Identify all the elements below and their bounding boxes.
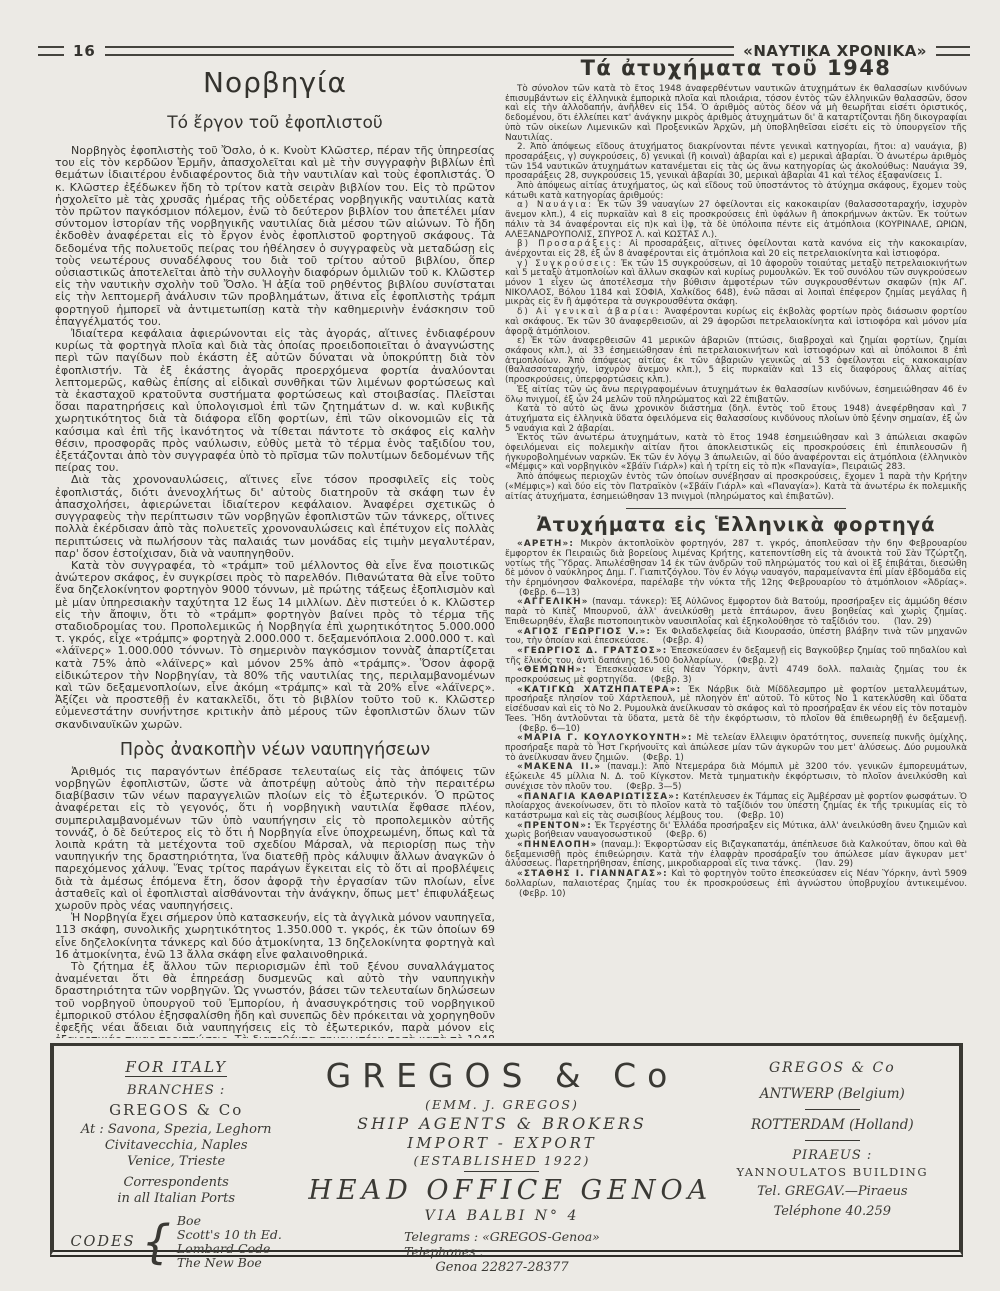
ad-correspondents-line: Correspondents (64, 1175, 288, 1190)
ship-entry: «ΠΗΝΕΛΟΠΗ» (παναμ.): Ἐκφορτῶσαν εἰς Βιζα… (505, 841, 967, 870)
ship-entry: «ΣΤΑΘΗΣ Ι. ΓΙΑΝΝΑΓΑΣ»: Καὶ τὸ φορτηγὸν τ… (505, 870, 967, 899)
ship-entry: «ΠΑΝΑΓΙΑ ΚΑΘΑΡΙΩΤΙΣΣΑ»: Κατέπλευσεν ἐκ Τ… (505, 793, 967, 822)
ad-code-item: Boe (177, 1213, 201, 1228)
accidents-paragraph: Ἀπὸ ἀπόψεως περιοχῶν ἐντὸς τῶν ὁποίων συ… (505, 473, 967, 502)
right-column: Τά ἀτυχήματα τοῦ 1948 Τὸ σύνολον τῶν κατ… (505, 56, 967, 1038)
accidents-paragraph-text: Ἐξ αἰτίας τῶν ὡς ἄνω περιγραφομένων ἀτυχ… (505, 385, 967, 405)
ship-entry: «ΓΕΩΡΓΙΟΣ Δ. ΓΡΑΤΣΟΣ»: Ἐπεσκεύασεν ἐν δε… (505, 647, 967, 666)
accidents-paragraph-text: Ἀπὸ ἀπόψεως περιοχῶν ἐντὸς τῶν ὁποίων συ… (505, 472, 967, 501)
brace-glyph: { (142, 1219, 171, 1265)
ad-established-line: (ESTABLISHED 1922) (308, 1153, 695, 1168)
accidents-paragraph-text: 2. Ἀπὸ ἀπόψεως εἴδους ἀτυχήματος διακρίν… (505, 142, 967, 181)
ad-company-name: GREGOS & Co (716, 1060, 949, 1076)
ad-head-office: HEAD OFFICE GENOA (308, 1175, 695, 1206)
ad-branches-label: BRANCHES : (64, 1083, 288, 1098)
accidents-paragraph: Κατὰ τὸ αὐτὸ ὡς ἄνω χρονικὸν διάστημα (δ… (505, 405, 967, 434)
ad-ports-line: Civitavecchia, Naples (64, 1138, 288, 1153)
ad-code-item: Scott's 10 th Ed. (177, 1227, 282, 1242)
accidents-category: β) Προσαράξεις: Αἱ προσαράξεις, αἵτινες … (505, 240, 967, 259)
ad-offices-column: GREGOS & Co ANTWERP (Belgium) ROTTERDAM … (706, 1046, 959, 1250)
norway-paragraph: Διὰ τὰς χρονοναυλώσεις, αἵτινες εἶνε τόσ… (55, 474, 495, 559)
ship-name: «ΑΓΓΕΛΙΚΗ» (517, 597, 589, 607)
ship-name: «ΘΕΜΩΝΗ»: (517, 665, 587, 675)
ship-note: (παναμ. τάνκερ): (592, 597, 667, 607)
ship-entry: «ΑΡΕΤΗ»: Μικρὸν ἀκτοπλοϊκὸν φορτηγόν, 28… (505, 540, 967, 598)
ad-company-name: GREGOS & Co (64, 1101, 288, 1119)
ad-for-italy: FOR ITALY (125, 1058, 227, 1077)
ship-entry: «ΜΑΚΕΝΑ ΙΙ.» (παναμ.): Ἀπὸ Ντεμεράρα διὰ… (505, 763, 967, 792)
accidents-paragraph: ε) Ἐκ τῶν ἀναφερθεισῶν 41 μερικῶν ἀβαριῶ… (505, 337, 967, 386)
accidents-paragraph-text: Τὸ σύνολον τῶν κατὰ τὸ ἔτος 1948 ἀναφερθ… (505, 84, 967, 143)
ship-entry: «ΠΡΕΝΤΟΝ»: Ἐκ Τεργέστης δι' Ἑλλάδα προσή… (505, 822, 967, 841)
shipbuilding-heading: Πρὸς ἀνακοπὴν νέων ναυπηγήσεων (55, 740, 495, 760)
ship-entry-text: Μικρὸν ἀκτοπλοϊκὸν φορτηγόν, 287 τ. γκρό… (505, 539, 967, 588)
entry-date: (Φεβρ. 6) (652, 830, 707, 840)
accidents-paragraph: 2. Ἀπὸ ἀπόψεως εἴδους ἀτυχήματος διακρίν… (505, 143, 967, 182)
entry-date: (Φεβρ. 3—5) (612, 782, 681, 792)
ad-rotterdam: ROTTERDAM (Holland) (716, 1117, 949, 1133)
gregos-advertisement: FOR ITALY BRANCHES : GREGOS & Co At : Sa… (50, 1043, 963, 1257)
norway-paragraph: Νορβηγὸς ἐφοπλιστὴς τοῦ Ὄσλο, ὁ κ. Κνοὺτ… (55, 145, 495, 328)
ad-piraeus-phone: Teléphone 40.259 (716, 1204, 949, 1219)
ship-entry: «ΘΕΜΩΝΗ»: Ἐπεσκεύασεν εἰς Νέαν Ὑόρκην, ἀ… (505, 666, 967, 685)
category-label: α) Ναυάγια: (517, 200, 593, 210)
ad-codes-block: CODES { Boe Scott's 10 th Ed. Lombard Co… (64, 1214, 288, 1270)
left-column: Νορβηγία Τό ἔργον τοῦ ἐφοπλιστοῦ Νορβηγὸ… (55, 66, 495, 1038)
ad-owner: (EMM. J. GREGOS) (308, 1097, 695, 1112)
ship-name: «ΣΤΑΘΗΣ Ι. ΓΙΑΝΝΑΓΑΣ»: (517, 869, 668, 879)
accidents-paragraph-text: Ἀπὸ ἀπόψεως αἰτίας ἀτυχήματος, ὡς καὶ εἴ… (505, 181, 967, 201)
norway-title: Νορβηγία (55, 66, 495, 99)
ship-entry: «ΑΓΙΟΣ ΓΕΩΡΓΙΟΣ V.»: Ἐκ Φιλαδελφείας διὰ… (505, 628, 967, 647)
ad-codes-label: CODES (70, 1234, 135, 1250)
shipbuilding-paragraph: Τὸ ζήτημα ἐξ ἄλλου τῶν περιορισμῶν ἐπὶ τ… (55, 961, 495, 1038)
ad-italy-column: FOR ITALY BRANCHES : GREGOS & Co At : Sa… (54, 1046, 298, 1250)
ad-address: VIA BALBI N° 4 (308, 1208, 695, 1224)
ad-ports-line: Venice, Trieste (64, 1154, 288, 1169)
accidents-paragraph-text: Κατὰ τὸ αὐτὸ ὡς ἄνω χρονικὸν διάστημα (δ… (505, 404, 967, 433)
ship-name: «ΜΑΚΕΝΑ ΙΙ.» (517, 762, 601, 772)
ship-name: «ΑΡΕΤΗ»: (517, 539, 574, 549)
norway-paragraph: Κατὰ τὸν συγγραφέα, τὸ «τράμπ» τοῦ μέλλο… (55, 560, 495, 731)
ship-name: «ΓΕΩΡΓΙΟΣ Δ. ΓΡΑΤΣΟΣ»: (517, 646, 668, 656)
accidents-paragraph: Ἐκτὸς τῶν ἀνωτέρω ἀτυχημάτων, κατὰ τὸ ἔτ… (505, 434, 967, 473)
accidents-paragraph: Τὸ σύνολον τῶν κατὰ τὸ ἔτος 1948 ἀναφερθ… (505, 85, 967, 143)
ad-ship-agents-line: SHIP AGENTS & BROKERS (308, 1114, 695, 1133)
accidents-paragraph-text: Ἐκτὸς τῶν ἀνωτέρω ἀτυχημάτων, κατὰ τὸ ἔτ… (505, 433, 967, 472)
ad-small-rule (805, 1140, 860, 1141)
ship-note: (παναμ.): (607, 762, 647, 772)
ad-antwerp: ANTWERP (Belgium) (716, 1086, 949, 1102)
ad-code-item: Lombard Code (177, 1241, 271, 1256)
ship-name: «ΠΗΝΕΛΟΠΗ» (517, 840, 597, 850)
cargo-accidents-heading: Ἀτυχήματα εἰς Ἑλληνικὰ φορτηγά (505, 513, 967, 536)
ad-code-item: The New Boe (177, 1255, 262, 1270)
ship-name: «ΜΑΡΙΑ Γ. ΚΟΥΛΟΥΚΟΥΝΤΗ»: (517, 733, 693, 743)
page-number: 16 (73, 42, 96, 60)
header-rule-right (936, 46, 970, 56)
ship-entry: «ΚΑΤΙΓΚΩ ΧΑΤΖΗΠΑΤΕΡΑ»: Ἐκ Νάρβικ διὰ Μίδ… (505, 686, 967, 735)
entry-date: (Ἰαν. 29) (880, 617, 932, 627)
accidents-paragraph-text: ε) Ἐκ τῶν ἀναφερθεισῶν 41 μερικῶν ἀβαριῶ… (505, 336, 967, 385)
header-rule-left (38, 46, 64, 56)
header-rule-middle (105, 46, 734, 56)
ad-company-big: GREGOS & Co (308, 1056, 695, 1095)
ship-name: «ΠΡΕΝΤΟΝ»: (517, 821, 592, 831)
accidents-paragraph: Ἐξ αἰτίας τῶν ὡς ἄνω περιγραφομένων ἀτυχ… (505, 386, 967, 405)
accidents-category: δ) Αἱ γενικαὶ ἀβαρίαι: Ἀναφέρονται κυρίω… (505, 308, 967, 337)
accidents-title: Τά ἀτυχήματα τοῦ 1948 (505, 56, 967, 80)
ad-correspondents-line: in all Italian Ports (64, 1191, 288, 1206)
ad-small-rule (805, 1109, 860, 1110)
ad-center-rule (464, 1171, 539, 1172)
entry-date: (Φεβρ. 10) (505, 889, 566, 899)
ad-center-column: GREGOS & Co (EMM. J. GREGOS) SHIP AGENTS… (298, 1046, 705, 1250)
magazine-page: 16 «ΝΑΥΤΙΚΑ ΧΡΟΝΙΚΑ» Νορβηγία Τό ἔργον τ… (0, 0, 1000, 1291)
ad-ports-line: At : Savona, Spezia, Leghorn (64, 1122, 288, 1137)
ship-entry: «ΜΑΡΙΑ Γ. ΚΟΥΛΟΥΚΟΥΝΤΗ»: Μὲ τελείαν ἔλλε… (505, 734, 967, 763)
entry-date: (Φεβρ. 4) (649, 636, 704, 646)
norway-subtitle: Τό ἔργον τοῦ ἐφοπλιστοῦ (55, 113, 495, 133)
shipbuilding-paragraph: Ἡ Νορβηγία ἔχει σήμερον ὑπὸ κατασκευήν, … (55, 912, 495, 961)
ad-contact-block: Telegrams : «GREGOS-Genoa» Telephones : (404, 1229, 600, 1259)
category-label: β) Προσαράξεις: (517, 239, 623, 249)
ad-building: YANNOULATOS BUILDING (716, 1165, 949, 1179)
norway-paragraph: Ἰδιαίτερα κεφάλαια ἀφιερώνονται εἰς τὰς … (55, 328, 495, 474)
accidents-paragraph: Ἀπὸ ἀπόψεως αἰτίας ἀτυχήματος, ὡς καὶ εἴ… (505, 182, 967, 201)
ad-codes-list: Boe Scott's 10 th Ed. Lombard Code The N… (177, 1214, 282, 1270)
category-label: δ) Αἱ γενικαὶ ἀβαρίαι: (517, 307, 661, 317)
entry-date: (Φεβρ. 10) (723, 811, 784, 821)
entry-date: (Ἰαν. 29) (801, 859, 853, 869)
ad-telephones-label: Telephones : (404, 1244, 484, 1259)
ad-genoa-phone: Genoa 22827-28377 (308, 1260, 695, 1275)
ad-piraeus-telegram: Tel. GREGAV.—Piraeus (716, 1184, 949, 1199)
ad-piraeus-label: PIRAEUS : (716, 1148, 949, 1163)
ad-import-export-line: IMPORT - EXPORT (308, 1134, 695, 1152)
section-divider (626, 508, 846, 509)
ship-note: (παναμ.): (601, 840, 641, 850)
entry-date: (Φεβρ. 3) (637, 675, 692, 685)
ship-entry: «ΑΓΓΕΛΙΚΗ» (παναμ. τάνκερ): Ἐξ Αὐλῶνος ἔ… (505, 598, 967, 627)
accidents-category: γ) Συγκρούσεις: Ἐκ τῶν 15 συγκρούσεων, α… (505, 260, 967, 309)
accidents-category: α) Ναυάγια: Ἐκ τῶν 39 ναυαγίων 27 ὀφείλο… (505, 201, 967, 240)
ad-telegrams: Telegrams : «GREGOS-Genoa» (404, 1229, 600, 1244)
shipbuilding-paragraph: Ἀριθμός τις παραγόντων ἐπέδρασε τελευταί… (55, 766, 495, 912)
